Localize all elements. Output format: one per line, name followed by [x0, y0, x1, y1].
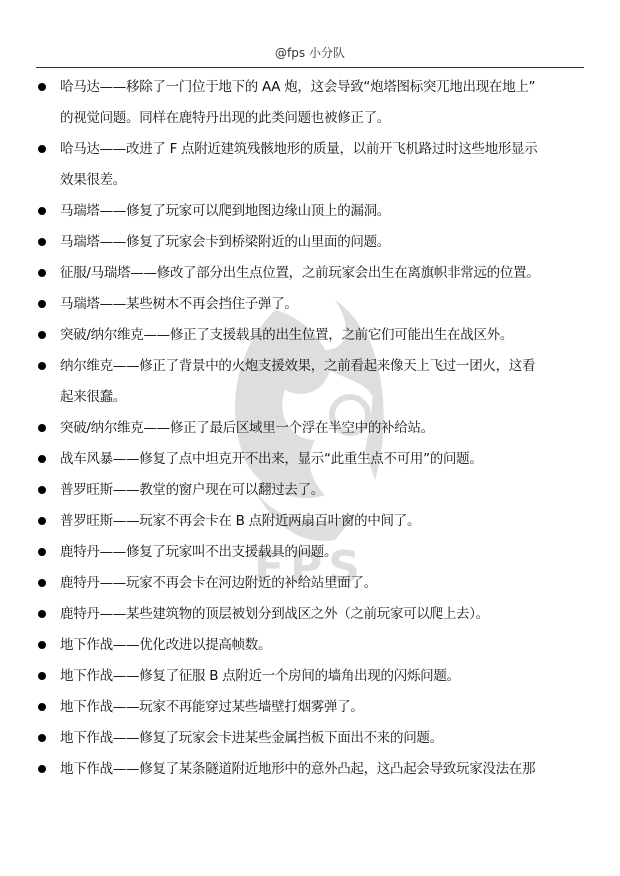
list-item: 普罗旺斯——教堂的窗户现在可以翻过去了。	[36, 475, 596, 506]
item-text: 马瑞塔——某些树木不再会挡住子弹了。	[60, 289, 596, 320]
item-text: 纳尔维克——修正了背景中的火炮支援效果，之前看起来像天上飞过一团火，这看	[60, 351, 596, 382]
item-text: 突破/纳尔维克——修正了最后区域里一个浮在半空中的补给站。	[60, 413, 596, 444]
bullet-icon	[38, 300, 46, 308]
item-text-continued: 效果很差。	[60, 165, 596, 196]
bullet-icon	[38, 269, 46, 277]
bullet-icon	[38, 145, 46, 153]
header-divider	[36, 67, 584, 68]
item-text-continued: 的视觉问题。同样在鹿特丹出现的此类问题也被修正了。	[60, 103, 596, 134]
item-text: 哈马达——改进了 F 点附近建筑残骸地形的质量，以前开飞机路过时这些地形显示	[60, 134, 596, 165]
list-item: 地下作战——修复了征服 B 点附近一个房间的墙角出现的闪烁问题。	[36, 661, 596, 692]
list-item: 马瑞塔——修复了玩家会卡到桥梁附近的山里面的问题。	[36, 227, 596, 258]
list-item: 鹿特丹——修复了玩家叫不出支援载具的问题。	[36, 537, 596, 568]
item-text: 普罗旺斯——玩家不再会卡在 B 点附近两扇百叶窗的中间了。	[60, 506, 596, 537]
changelog-list: 哈马达——移除了一门位于地下的 AA 炮，这会导致“炮塔图标突兀地出现在地上”的…	[36, 72, 596, 785]
list-item: 纳尔维克——修正了背景中的火炮支援效果，之前看起来像天上飞过一团火，这看起来很蠢…	[36, 351, 596, 413]
item-text: 突破/纳尔维克——修正了支援载具的出生位置，之前它们可能出生在战区外。	[60, 320, 596, 351]
item-text: 地下作战——修复了征服 B 点附近一个房间的墙角出现的闪烁问题。	[60, 661, 596, 692]
list-item: 马瑞塔——修复了玩家可以爬到地图边缘山顶上的漏洞。	[36, 196, 596, 227]
item-text: 地下作战——修复了某条隧道附近地形中的意外凸起，这凸起会导致玩家没法在那	[60, 754, 596, 785]
list-item: 普罗旺斯——玩家不再会卡在 B 点附近两扇百叶窗的中间了。	[36, 506, 596, 537]
bullet-icon	[38, 765, 46, 773]
bullet-icon	[38, 672, 46, 680]
item-text: 马瑞塔——修复了玩家会卡到桥梁附近的山里面的问题。	[60, 227, 596, 258]
list-item: 马瑞塔——某些树木不再会挡住子弹了。	[36, 289, 596, 320]
item-text: 鹿特丹——玩家不再会卡在河边附近的补给站里面了。	[60, 568, 596, 599]
item-text: 地下作战——修复了玩家会卡进某些金属挡板下面出不来的问题。	[60, 723, 596, 754]
list-item: 突破/纳尔维克——修正了最后区域里一个浮在半空中的补给站。	[36, 413, 596, 444]
item-text: 战车风暴——修复了点中坦克开不出来，显示“此重生点不可用”的问题。	[60, 444, 596, 475]
list-item: 鹿特丹——玩家不再会卡在河边附近的补给站里面了。	[36, 568, 596, 599]
bullet-icon	[38, 548, 46, 556]
item-text: 哈马达——移除了一门位于地下的 AA 炮，这会导致“炮塔图标突兀地出现在地上”	[60, 72, 596, 103]
list-item: 突破/纳尔维克——修正了支援载具的出生位置，之前它们可能出生在战区外。	[36, 320, 596, 351]
item-text: 征服/马瑞塔——修改了部分出生点位置，之前玩家会出生在离旗帜非常远的位置。	[60, 258, 596, 289]
item-text-continued: 起来很蠢。	[60, 382, 596, 413]
item-text: 鹿特丹——修复了玩家叫不出支援载具的问题。	[60, 537, 596, 568]
item-text: 鹿特丹——某些建筑物的顶层被划分到战区之外（之前玩家可以爬上去）。	[60, 599, 596, 630]
list-item: 地下作战——修复了某条隧道附近地形中的意外凸起，这凸起会导致玩家没法在那	[36, 754, 596, 785]
bullet-icon	[38, 238, 46, 246]
bullet-icon	[38, 517, 46, 525]
list-item: 地下作战——修复了玩家会卡进某些金属挡板下面出不来的问题。	[36, 723, 596, 754]
item-text: 地下作战——玩家不再能穿过某些墙壁打烟雾弹了。	[60, 692, 596, 723]
list-item: 地下作战——优化改进以提高帧数。	[36, 630, 596, 661]
bullet-icon	[38, 331, 46, 339]
bullet-icon	[38, 207, 46, 215]
list-item: 哈马达——改进了 F 点附近建筑残骸地形的质量，以前开飞机路过时这些地形显示效果…	[36, 134, 596, 196]
bullet-icon	[38, 362, 46, 370]
bullet-icon	[38, 703, 46, 711]
list-item: 鹿特丹——某些建筑物的顶层被划分到战区之外（之前玩家可以爬上去）。	[36, 599, 596, 630]
bullet-icon	[38, 486, 46, 494]
bullet-icon	[38, 610, 46, 618]
bullet-icon	[38, 455, 46, 463]
list-item: 战车风暴——修复了点中坦克开不出来，显示“此重生点不可用”的问题。	[36, 444, 596, 475]
bullet-icon	[38, 641, 46, 649]
item-text: 马瑞塔——修复了玩家可以爬到地图边缘山顶上的漏洞。	[60, 196, 596, 227]
bullet-icon	[38, 734, 46, 742]
bullet-icon	[38, 579, 46, 587]
item-text: 地下作战——优化改进以提高帧数。	[60, 630, 596, 661]
bullet-icon	[38, 83, 46, 91]
list-item: 征服/马瑞塔——修改了部分出生点位置，之前玩家会出生在离旗帜非常远的位置。	[36, 258, 596, 289]
item-text: 普罗旺斯——教堂的窗户现在可以翻过去了。	[60, 475, 596, 506]
page-header: @fps 小分队	[36, 44, 584, 62]
list-item: 地下作战——玩家不再能穿过某些墙壁打烟雾弹了。	[36, 692, 596, 723]
bullet-icon	[38, 424, 46, 432]
list-item: 哈马达——移除了一门位于地下的 AA 炮，这会导致“炮塔图标突兀地出现在地上”的…	[36, 72, 596, 134]
